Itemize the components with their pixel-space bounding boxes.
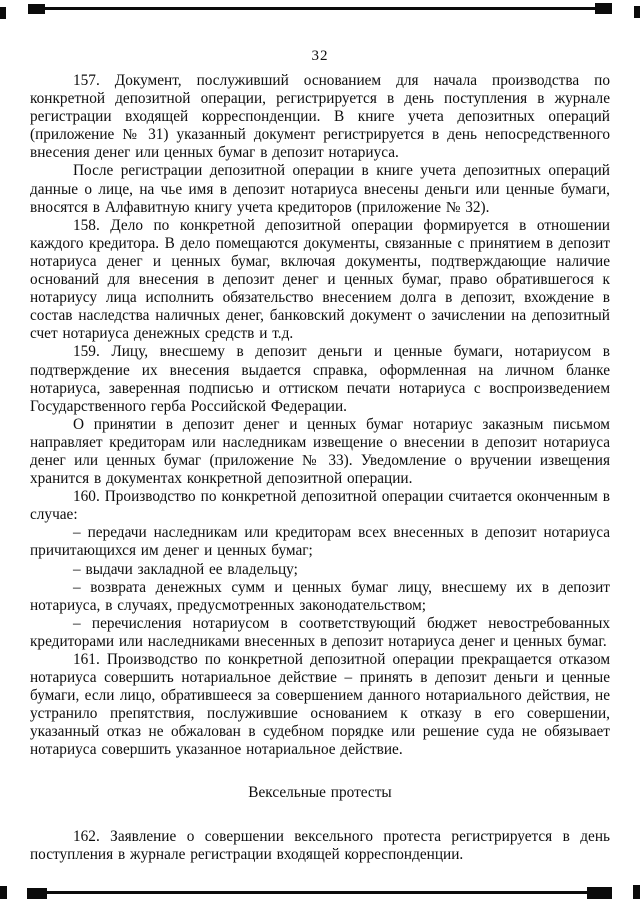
list-item: – возврата денежных сумм и ценных бумаг … [30,579,610,615]
section-heading: Вексельные протесты [30,784,610,802]
scan-artifact-bottom-left-block [27,888,47,899]
paragraph: 157. Документ, послуживший основанием дл… [30,72,610,162]
paragraph: О принятии в депозит денег и ценных бума… [30,416,610,488]
scanned-document-page: 32 157. Документ, послуживший основанием… [0,0,640,905]
paragraph: 160. Производство по конкретной депозитн… [30,488,610,524]
scan-artifact-top-right-edge [634,6,640,18]
scan-artifact-top-left-block [28,4,45,14]
paragraph: После регистрации депозитной операции в … [30,162,610,216]
paragraph: 161. Производство по конкретной депозитн… [30,651,610,760]
paragraph: 162. Заявление о совершении вексельного … [30,828,610,864]
list-item: – выдачи закладной ее владельцу; [30,561,610,579]
scan-artifact-bottom-right-block [587,887,612,899]
document-body: 157. Документ, послуживший основанием дл… [30,72,610,864]
paragraph: 159. Лицу, внесшему в депозит деньги и ц… [30,343,610,415]
scan-artifact-top-right-block [595,3,612,14]
scan-artifact-top-rule [44,7,596,10]
scan-artifact-bottom-left-edge [0,886,7,899]
paragraph: 158. Дело по конкретной депозитной опера… [30,217,610,344]
scan-artifact-bottom-right-edge [633,885,640,899]
scan-artifact-top-left-edge [0,7,6,19]
page-number: 32 [0,48,640,65]
list-item: – передачи наследникам или кредиторам вс… [30,524,610,560]
list-item: – перечисления нотариусом в соответствую… [30,615,610,651]
scan-artifact-bottom-rule [46,891,588,894]
